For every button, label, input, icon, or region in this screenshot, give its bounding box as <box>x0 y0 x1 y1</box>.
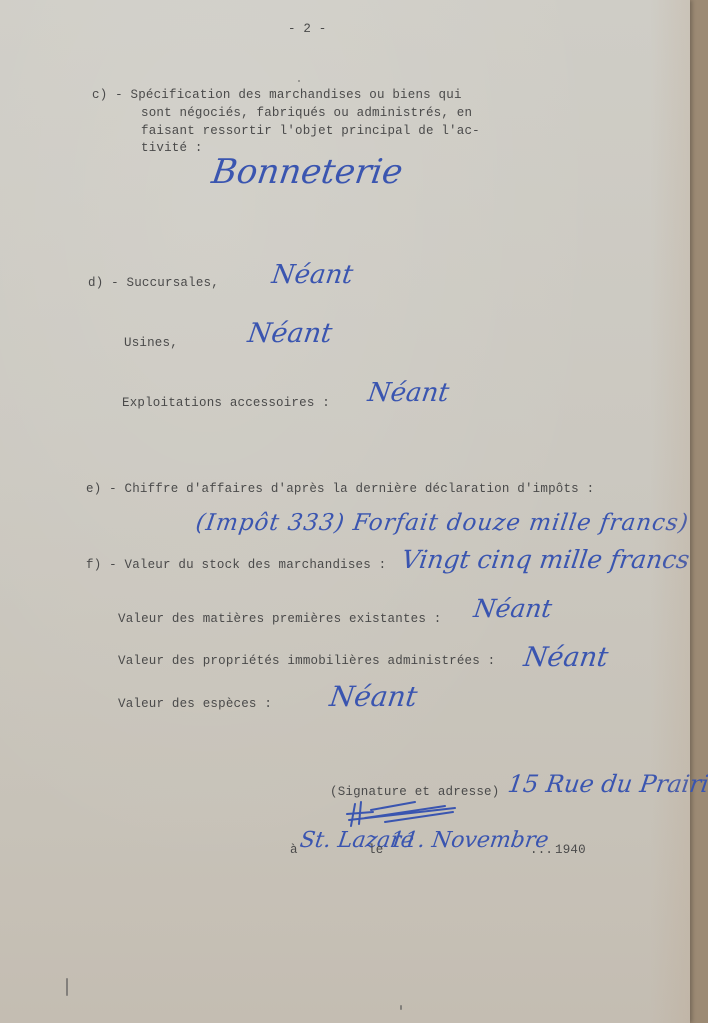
succursales-label: d) - Succursales, <box>88 276 219 290</box>
signature-scribble-icon <box>345 800 465 830</box>
address-handwritten: 15 Rue du Prairie <box>506 770 708 798</box>
chiffre-affaires-answer-handwritten: (Impôt 333) Forfait douze mille francs) <box>194 510 690 536</box>
especes-answer-handwritten: Néant <box>328 680 420 713</box>
chiffre-affaires-label: e) - Chiffre d'affaires d'après la derni… <box>86 482 594 496</box>
section-c-answer-handwritten: Bonneterie <box>209 152 405 192</box>
paper-mark <box>298 80 300 82</box>
exploitations-label: Exploitations accessoires : <box>122 396 330 410</box>
page-number: - 2 - <box>288 22 327 36</box>
stock-answer-handwritten: Vingt cinq mille francs <box>400 545 691 574</box>
date-handwritten: 11. Novembre <box>388 828 550 853</box>
signature-label: (Signature et adresse) <box>330 785 499 799</box>
paper-mark <box>400 1005 402 1010</box>
proprietes-answer-handwritten: Néant <box>522 642 610 673</box>
succursales-answer-handwritten: Néant <box>270 260 355 290</box>
matieres-answer-handwritten: Néant <box>472 594 554 623</box>
proprietes-label: Valeur des propriétés immobilières admin… <box>118 654 495 668</box>
document-page: - 2 - c) - Spécification des marchandise… <box>0 0 690 1023</box>
exploitations-answer-handwritten: Néant <box>366 378 451 408</box>
section-c-line2: sont négociés, fabriqués ou administrés,… <box>141 106 472 120</box>
date-dots: ... <box>530 843 553 857</box>
section-c-line4: tivité : <box>141 141 203 155</box>
especes-label: Valeur des espèces : <box>118 697 272 711</box>
stock-label: f) - Valeur du stock des marchandises : <box>86 558 386 572</box>
matieres-label: Valeur des matières premières existantes… <box>118 612 441 626</box>
section-c-label: c) - Spécification des marchandises ou b… <box>92 88 462 102</box>
section-c-line3: faisant ressortir l'objet principal de l… <box>141 124 480 138</box>
paper-mark <box>66 978 68 996</box>
year: 1940 <box>555 843 586 857</box>
usines-answer-handwritten: Néant <box>246 318 334 349</box>
place-prefix: à <box>290 843 298 857</box>
usines-label: Usines, <box>124 336 178 350</box>
date-prefix: le <box>368 843 383 857</box>
